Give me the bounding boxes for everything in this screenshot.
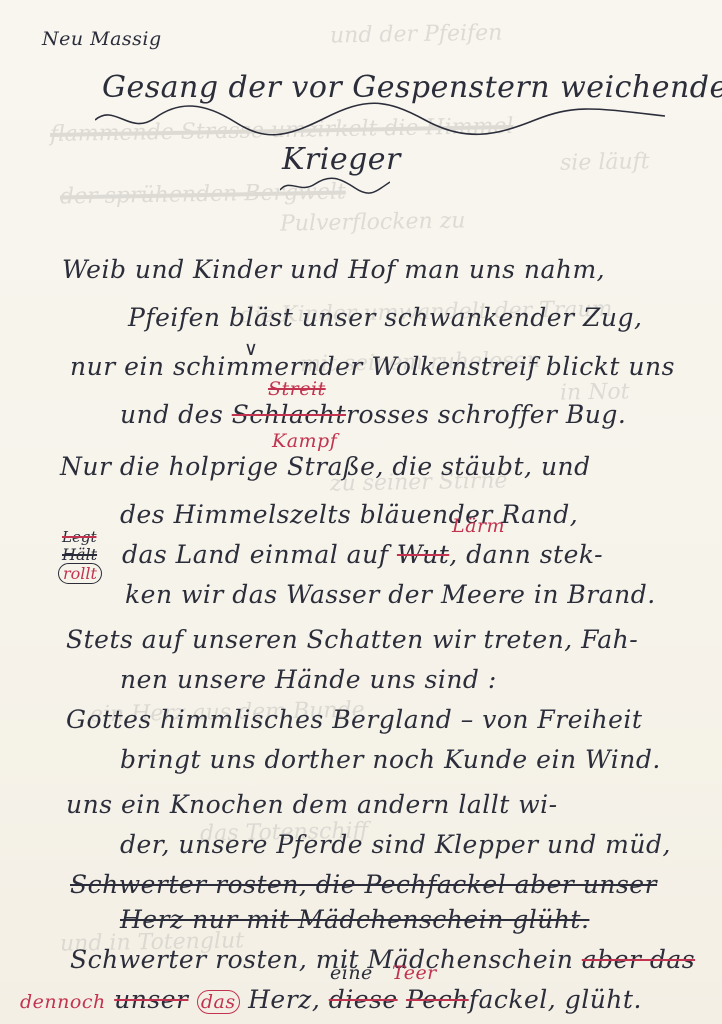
verse-line: Pfeifen bläst unser schwankender Zug, [128, 303, 642, 332]
margin-inserted-rollt: rollt [58, 563, 102, 584]
bleed-through-text: und der Pfeifen [330, 20, 503, 48]
margin-deleted-legt: Legt [62, 528, 96, 546]
correction-inserted-teer: Teer [392, 962, 437, 984]
verse-line: uns ein Knochen dem andern lallt wi- [66, 790, 558, 819]
deleted-verse-line: Herz nur mit Mädchenschein glüht. [120, 905, 589, 934]
title-line-2-underline [280, 176, 390, 196]
verse-line: dennoch unser das Herz, diese Pechfackel… [20, 985, 642, 1014]
manuscript-page: und der Pfeifen flammende Strasse umzirk… [0, 0, 722, 1024]
margin-deleted-haelt: Hält [62, 545, 97, 564]
verse-text: und des [120, 400, 223, 429]
verse-line: Schwerter rosten, mit Mädchenschein aber… [70, 945, 695, 974]
title-line-2: Krieger [282, 142, 401, 177]
header-note: Neu Massig [42, 28, 162, 50]
deleted-verse-line: Schwerter rosten, die Pechfackel aber un… [70, 870, 657, 899]
verse-text: rosses schroffer Bug. [346, 400, 626, 429]
verse-line: das Land einmal auf Wut, dann stek- [122, 540, 603, 569]
verse-text: , dann stek- [449, 540, 603, 569]
correction-deleted-streit: Streit [268, 378, 326, 400]
bleed-through-text: sie läuft [560, 149, 650, 176]
verse-line: Nur die holprige Straße, die stäubt, und [60, 452, 591, 481]
verse-line: des Himmelszelts bläuender Rand, [120, 500, 578, 529]
verse-line: Stets auf unseren Schatten wir treten, F… [66, 625, 638, 654]
deleted-word-wut: Wut [397, 540, 449, 569]
verse-text: Herz, [248, 985, 320, 1014]
verse-line: der, unsere Pferde sind Klepper und müd, [120, 830, 671, 859]
verse-line: ken wir das Wasser der Meere in Brand. [125, 580, 656, 609]
deleted-word-schlacht: Schlacht [232, 400, 346, 429]
deleted-words-aber-das: aber das [582, 945, 695, 974]
verse-line: Gottes himmlisches Bergland – von Freihe… [66, 705, 642, 734]
bleed-through-text: Pulverflocken zu [280, 208, 466, 236]
correction-inserted-kampf: Kampf [272, 430, 337, 452]
correction-inserted-laerm: Lärm [452, 515, 505, 537]
inserted-word-eine: eine [330, 962, 373, 984]
margin-circle: rollt [58, 563, 102, 584]
inserted-word-das: das [197, 990, 240, 1014]
verse-line: nen unsere Hände uns sind : [120, 665, 497, 694]
deleted-word-unser: unser [114, 985, 188, 1014]
verse-text: fackel, glüht. [469, 985, 642, 1014]
verse-text: das Land einmal auf [122, 540, 388, 569]
verse-line: nur ein schimmernder Wolkenstreif blickt… [70, 352, 675, 381]
deleted-word-diese: diese [329, 985, 398, 1014]
margin-rollt-text: rollt [63, 564, 97, 583]
title-underline-wave [95, 98, 665, 138]
deleted-word-pech: Pech [406, 985, 469, 1014]
verse-line: bringt uns dorther noch Kunde ein Wind. [120, 745, 661, 774]
verse-line: und des Schlachtrosses schroffer Bug. [120, 400, 626, 429]
verse-line: Weib und Kinder und Hof man uns nahm, [62, 255, 605, 284]
verse-text: Schwerter rosten, mit Mädchenschein [70, 945, 573, 974]
inserted-word-dennoch: dennoch [20, 991, 106, 1013]
